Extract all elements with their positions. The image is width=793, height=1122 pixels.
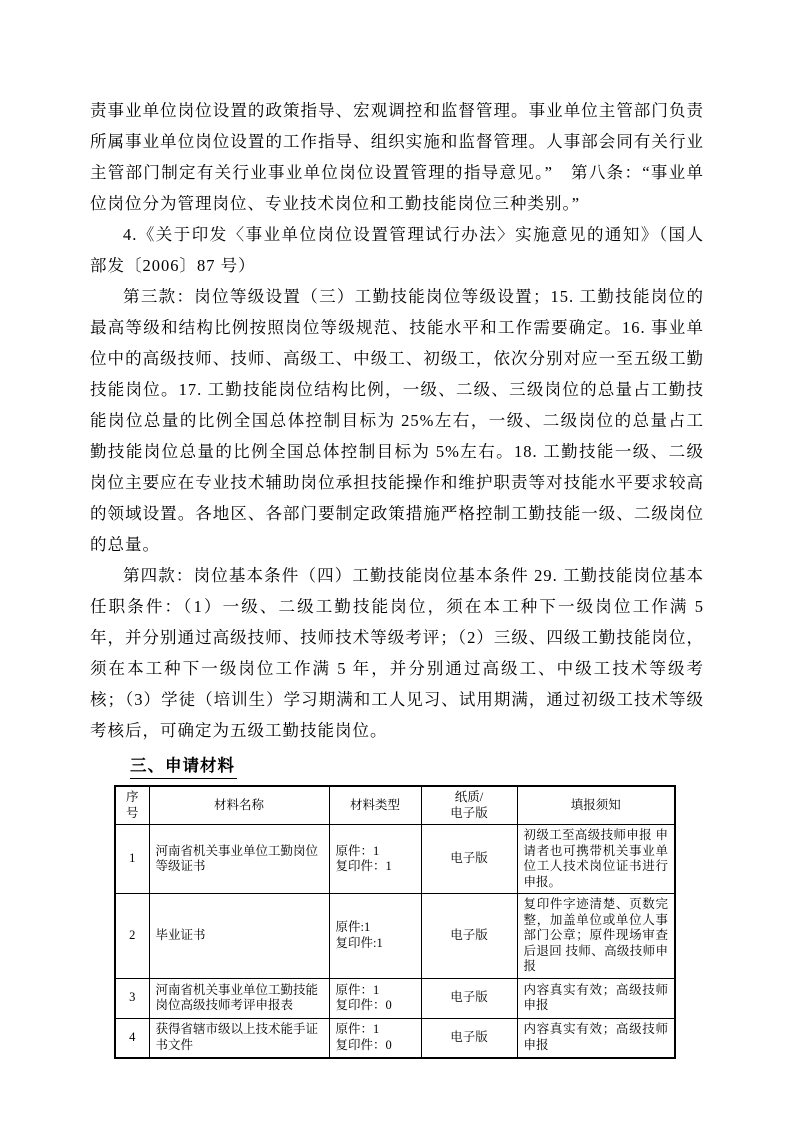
document-body: 责事业单位岗位设置的政策指导、宏观调控和监督管理。事业单位主管部门负责所属事业单… [90, 95, 704, 1059]
cell-medium: 电子版 [421, 1018, 517, 1058]
section-heading-text: 三、申请材料 [130, 755, 237, 779]
cell-seq: 4 [115, 1018, 149, 1058]
cell-medium: 电子版 [421, 894, 517, 979]
section-heading: 三、申请材料 [130, 755, 704, 779]
cell-notes: 复印件字迹清楚、页数完整，加盖单位或单位人事部门公章；原件现场审查后退回 技师、… [517, 894, 675, 979]
header-seq: 序号 [115, 786, 149, 825]
header-material-type: 材料类型 [329, 786, 421, 825]
table-header-row: 序号 材料名称 材料类型 纸质/ 电子版 填报须知 [115, 786, 675, 825]
materials-table: 序号 材料名称 材料类型 纸质/ 电子版 填报须知 1 河南省机关事业单位工勤岗… [114, 785, 676, 1059]
cell-name: 河南省机关事业单位工勤技能岗位高级技师考评申报表 [149, 978, 329, 1018]
header-medium: 纸质/ 电子版 [421, 786, 517, 825]
table-row: 4 获得省辖市级以上技术能手证书文件 原件：1 复印件：0 电子版 内容真实有效… [115, 1018, 675, 1058]
header-notes: 填报须知 [517, 786, 675, 825]
cell-notes: 内容真实有效；高级技师申报 [517, 978, 675, 1018]
cell-notes: 内容真实有效；高级技师申报 [517, 1018, 675, 1058]
cell-name: 河南省机关事业单位工勤岗位等级证书 [149, 825, 329, 894]
cell-medium: 电子版 [421, 825, 517, 894]
cell-notes: 初级工至高级技师申报 申请者也可携带机关事业单位工人技术岗位证书进行申报。 [517, 825, 675, 894]
table-row: 3 河南省机关事业单位工勤技能岗位高级技师考评申报表 原件：1 复印件：0 电子… [115, 978, 675, 1018]
cell-medium: 电子版 [421, 978, 517, 1018]
cell-type: 原件：1 复印件：0 [329, 978, 421, 1018]
header-material-name: 材料名称 [149, 786, 329, 825]
paragraph-1: 责事业单位岗位设置的政策指导、宏观调控和监督管理。事业单位主管部门负责所属事业单… [90, 95, 704, 219]
cell-type: 原件:1 复印件:1 [329, 894, 421, 979]
paragraph-3: 第三款：岗位等级设置（三）工勤技能岗位等级设置；15. 工勤技能岗位的最高等级和… [90, 281, 704, 560]
cell-type: 原件：1 复印件：1 [329, 825, 421, 894]
cell-name: 获得省辖市级以上技术能手证书文件 [149, 1018, 329, 1058]
cell-seq: 3 [115, 978, 149, 1018]
cell-type: 原件：1 复印件：0 [329, 1018, 421, 1058]
cell-seq: 2 [115, 894, 149, 979]
paragraph-4: 第四款：岗位基本条件（四）工勤技能岗位基本条件 29. 工勤技能岗位基本任职条件… [90, 560, 704, 746]
paragraph-2: 4.《关于印发〈事业单位岗位设置管理试行办法〉实施意见的通知》（国人部发〔200… [90, 219, 704, 281]
table-row: 2 毕业证书 原件:1 复印件:1 电子版 复印件字迹清楚、页数完整，加盖单位或… [115, 894, 675, 979]
cell-name: 毕业证书 [149, 894, 329, 979]
table-row: 1 河南省机关事业单位工勤岗位等级证书 原件：1 复印件：1 电子版 初级工至高… [115, 825, 675, 894]
document-page: 责事业单位岗位设置的政策指导、宏观调控和监督管理。事业单位主管部门负责所属事业单… [0, 0, 793, 1122]
cell-seq: 1 [115, 825, 149, 894]
